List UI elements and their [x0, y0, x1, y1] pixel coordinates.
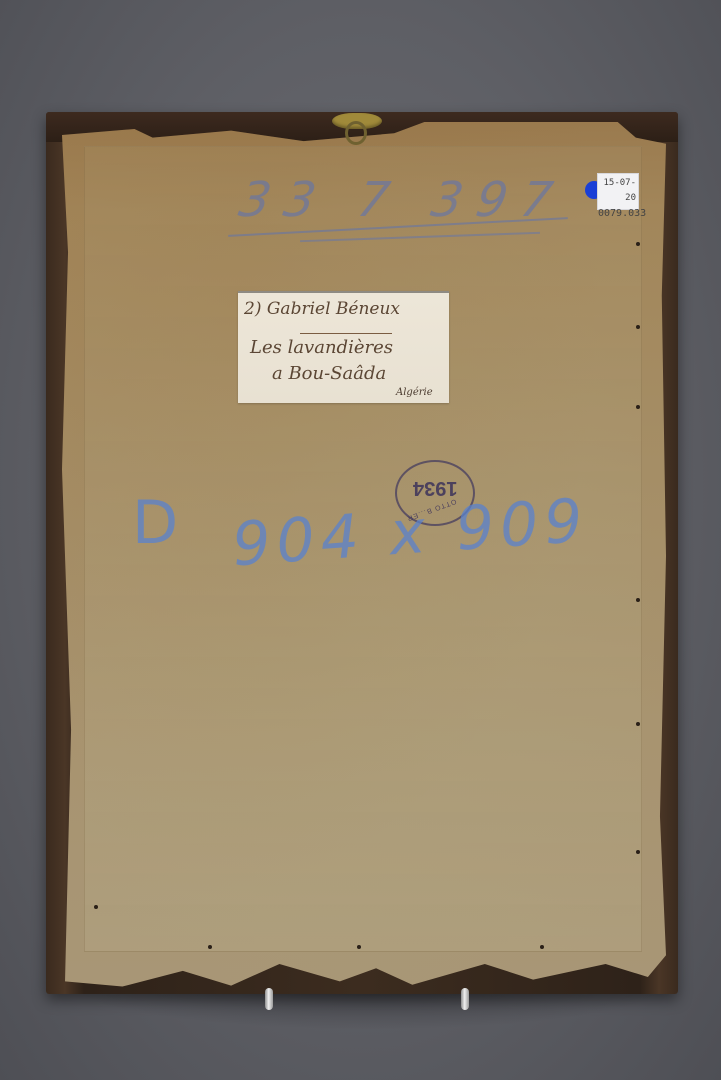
inventory-date: 15-07-20 [598, 176, 636, 206]
nail-hole [357, 945, 361, 949]
inventory-label: 15-07-20 0079.033 [597, 173, 639, 210]
handwritten-title-label: 2) Gabriel Béneux Les lavandières a Bou-… [238, 291, 449, 403]
nail-hole [94, 905, 98, 909]
nail-hole [636, 850, 640, 854]
label-title-line1: Les lavandières [250, 337, 393, 358]
nail-hole [208, 945, 212, 949]
label-country: Algérie [396, 387, 433, 398]
stand-peg [461, 988, 469, 1010]
nail-hole [636, 598, 640, 602]
nail-hole [540, 945, 544, 949]
label-artist: 2) Gabriel Béneux [244, 299, 400, 319]
label-underline [300, 333, 392, 334]
brass-hanging-ring [332, 111, 382, 149]
pencil-letter: D [132, 488, 186, 558]
nail-hole [636, 405, 640, 409]
nail-hole [636, 242, 640, 246]
nail-hole [636, 722, 640, 726]
stand-peg [265, 988, 273, 1010]
label-title-line2: a Bou-Saâda [272, 363, 386, 384]
inventory-number: 0079.033 [598, 206, 636, 221]
ring-icon [345, 121, 367, 145]
nail-hole [636, 325, 640, 329]
